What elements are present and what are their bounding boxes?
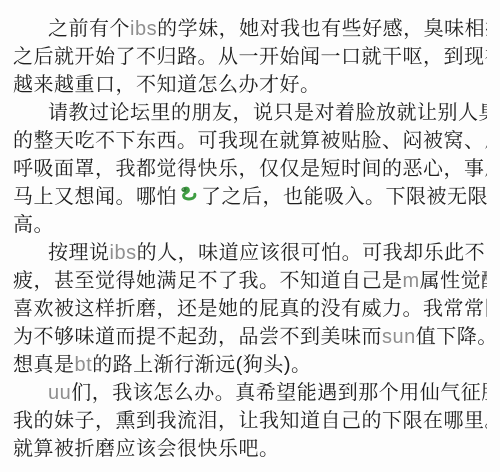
paragraph: 之前有个ibs的学妹，她对我也有些好感，臭味相投之后就开始了不归路。从一开始闻一… [13, 15, 487, 99]
text-line: 越来越重口，不知道怎么办才好。 [13, 71, 487, 99]
post-text: 之前有个ibs的学妹，她对我也有些好感，臭味相投之后就开始了不归路。从一开始闻一… [0, 0, 500, 471]
text-line: 之前有个ibs的学妹，她对我也有些好感，臭味相投 [13, 15, 487, 43]
snake-emoji [177, 185, 201, 207]
text-line: uu们，我该怎么办。真希望能遇到那个用仙气征服 [13, 379, 487, 407]
document-page: 之前有个ibs的学妹，她对我也有些好感，臭味相投之后就开始了不归路。从一开始闻一… [0, 0, 500, 472]
text-line: 为不够味道而提不起劲，品尝不到美味而sun值下降。想 [13, 323, 487, 351]
text-line: 疲，甚至觉得她满足不了我。不知道自己是m属性觉醒 [13, 267, 487, 295]
text-line: 想真是bt的路上渐行渐远(狗头)。 [13, 351, 487, 379]
latin-text: ibs [130, 18, 157, 40]
latin-text: m [403, 270, 420, 292]
latin-text: sun [382, 326, 416, 348]
paragraph: 按理说ibs的人，味道应该很可怕。可我却乐此不疲，甚至觉得她满足不了我。不知道自… [13, 239, 487, 379]
text-line: 高。 [13, 211, 487, 239]
text-line: 就算被折磨应该会很快乐吧。 [13, 435, 487, 463]
text-line: 之后就开始了不归路。从一开始闻一口就干呕，到现在 [13, 43, 487, 71]
latin-text: uu [48, 382, 71, 404]
latin-text: ibs [110, 242, 137, 264]
text-line: 按理说ibs的人，味道应该很可怕。可我却乐此不 [13, 239, 487, 267]
paragraph: uu们，我该怎么办。真希望能遇到那个用仙气征服我的妹子，熏到我流泪，让我知道自己… [13, 379, 487, 463]
text-line: 喜欢被这样折磨，还是她的屁真的没有威力。我常常因 [13, 295, 487, 323]
text-line: 马上又想闻。哪怕了之后，也能吸入。下限被无限提 [13, 183, 487, 211]
text-line: 请教过论坛里的朋友，说只是对着脸放就让别人臭 [13, 99, 487, 127]
paragraph: 请教过论坛里的朋友，说只是对着脸放就让别人臭的整天吃不下东西。可我现在就算被贴脸… [13, 99, 487, 239]
text-line: 我的妹子，熏到我流泪，让我知道自己的下限在哪里。 [13, 407, 487, 435]
latin-text: bt [75, 354, 93, 376]
text-line: 的整天吃不下东西。可我现在就算被贴脸、闷被窝、用 [13, 127, 487, 155]
text-line: 呼吸面罩，我都觉得快乐，仅仅是短时间的恶心，事后 [13, 155, 487, 183]
